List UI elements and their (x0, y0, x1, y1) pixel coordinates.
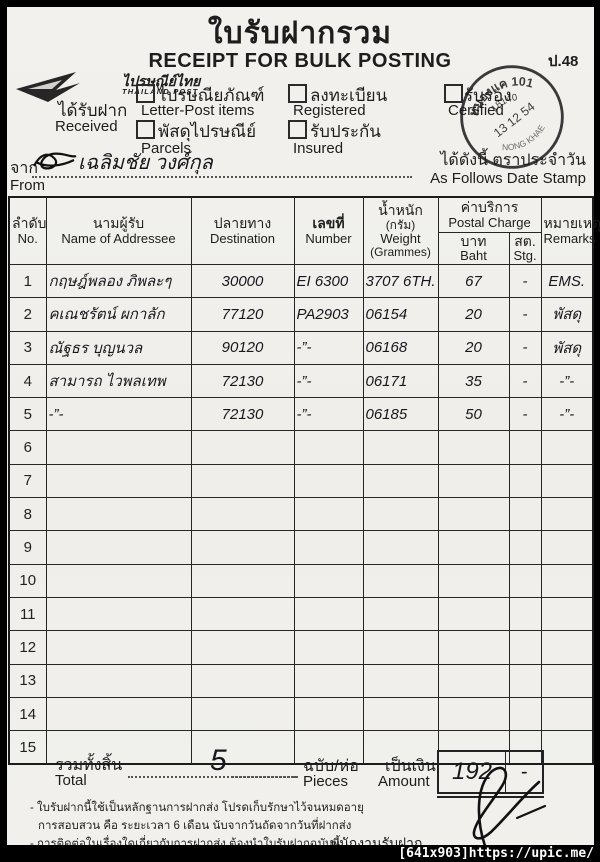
cell-remarks: EMS. (541, 265, 593, 298)
cell-number (294, 597, 363, 630)
cell-remarks (541, 498, 593, 531)
cell-name (46, 664, 191, 697)
column-header-weight: น้ำหนัก (กรัม) Weight (Grammes) (363, 197, 438, 265)
cell-destination: 90120 (191, 331, 294, 364)
cell-stg: - (509, 331, 541, 364)
cell-destination: 77120 (191, 298, 294, 331)
cell-remarks: -”- (541, 398, 593, 431)
col-number-thai: เลขที่ (297, 216, 361, 231)
cell-stg: - (509, 364, 541, 397)
from-label-english: From (10, 177, 45, 194)
cell-remarks (541, 564, 593, 597)
cell-destination: 72130 (191, 398, 294, 431)
cell-remarks: พัสดุ (541, 298, 593, 331)
cell-weight (363, 664, 438, 697)
cell-no: 11 (9, 597, 46, 630)
cell-baht (438, 531, 509, 564)
column-header-number: เลขที่ Number (294, 197, 363, 265)
cell-stg (509, 597, 541, 630)
cell-weight (363, 464, 438, 497)
cell-stg (509, 431, 541, 464)
cell-baht: 50 (438, 398, 509, 431)
cell-no: 7 (9, 464, 46, 497)
cell-weight (363, 564, 438, 597)
cell-baht (438, 431, 509, 464)
cell-name (46, 464, 191, 497)
col-stg-english: Stg. (512, 249, 539, 263)
cell-stg (509, 531, 541, 564)
table-row: 2คเณชรัตน์ ผกาลัก77120PA29030615420-พัสด… (9, 298, 593, 331)
cell-no: 12 (9, 631, 46, 664)
table-row: 14 (9, 697, 593, 730)
column-header-no: ลำดับ No. (9, 197, 46, 265)
cell-remarks (541, 664, 593, 697)
cell-stg: - (509, 298, 541, 331)
column-header-baht: บาท Baht (438, 233, 509, 265)
table-row: 5-”-72130-”-0618550--”- (9, 398, 593, 431)
cell-number: EI 6300 (294, 265, 363, 298)
cell-destination (191, 498, 294, 531)
cell-baht (438, 631, 509, 664)
cell-baht (438, 564, 509, 597)
cell-stg (509, 697, 541, 730)
column-header-name: นามผู้รับ Name of Addressee (46, 197, 191, 265)
amount-label-english: Amount (378, 773, 430, 790)
form-title-english: RECEIPT FOR BULK POSTING (100, 50, 500, 73)
col-weight-thai2: (กรัม) (366, 219, 436, 232)
checkbox-letter-post[interactable] (136, 84, 155, 103)
received-label-english: Received (55, 118, 118, 135)
cell-destination: 72130 (191, 364, 294, 397)
cell-baht: 20 (438, 331, 509, 364)
cell-no: 14 (9, 697, 46, 730)
cell-baht: 20 (438, 298, 509, 331)
cell-no: 2 (9, 298, 46, 331)
cell-stg (509, 664, 541, 697)
column-header-destination: ปลายทาง Destination (191, 197, 294, 265)
cell-name (46, 697, 191, 730)
col-no-english: No. (12, 232, 44, 246)
cell-number (294, 464, 363, 497)
cell-no: 15 (9, 731, 46, 765)
from-value-handwriting: เฉลิมชัย วงศ์กุล (78, 146, 213, 178)
cell-no: 8 (9, 498, 46, 531)
cell-number (294, 531, 363, 564)
cell-destination (191, 564, 294, 597)
checkbox-registered-label-english: Registered (293, 102, 366, 119)
cell-name: สามารถ ไวพลเทพ (46, 364, 191, 397)
cell-destination (191, 597, 294, 630)
cell-name (46, 631, 191, 664)
col-charge-thai: ค่าบริการ (441, 200, 539, 215)
col-baht-thai: บาท (441, 234, 507, 249)
cell-number (294, 631, 363, 664)
cell-stg (509, 498, 541, 531)
footer-note-1: - ใบรับฝากนี้ใช้เป็นหลักฐานการฝากส่ง โปร… (30, 799, 430, 817)
from-scribble (32, 150, 78, 174)
col-number-english: Number (297, 232, 361, 246)
cell-weight: 06171 (363, 364, 438, 397)
cell-baht (438, 464, 509, 497)
column-header-remarks: หมายเหตุ Remarks (541, 197, 593, 265)
col-destination-thai: ปลายทาง (194, 216, 292, 231)
cell-no: 10 (9, 564, 46, 597)
cell-stg: - (509, 398, 541, 431)
pieces-label-english: Pieces (303, 773, 348, 790)
scanned-receipt: ใบรับฝากรวม RECEIPT FOR BULK POSTING ป.4… (0, 0, 600, 862)
watermark-band: [641x903]https://upic.me/ (0, 845, 600, 862)
total-label-english: Total (55, 772, 87, 789)
cell-number (294, 564, 363, 597)
col-name-thai: นามผู้รับ (49, 216, 189, 231)
checkbox-registered[interactable] (288, 84, 307, 103)
cell-name: -”- (46, 398, 191, 431)
cell-weight (363, 697, 438, 730)
cell-number: -”- (294, 398, 363, 431)
table-row: 9 (9, 531, 593, 564)
table-row: 7 (9, 464, 593, 497)
col-no-thai: ลำดับ (12, 216, 44, 231)
cell-destination: 30000 (191, 265, 294, 298)
cell-baht (438, 597, 509, 630)
col-stg-thai: สต. (512, 234, 539, 249)
cell-no: 5 (9, 398, 46, 431)
col-weight-english2: (Grammes) (366, 246, 436, 259)
cell-remarks (541, 531, 593, 564)
total-pieces-handwriting: 5 (210, 744, 227, 778)
cell-weight (363, 631, 438, 664)
cell-number (294, 431, 363, 464)
cell-name (46, 531, 191, 564)
cell-destination (191, 431, 294, 464)
cell-stg (509, 464, 541, 497)
cell-name (46, 431, 191, 464)
cell-no: 6 (9, 431, 46, 464)
cell-weight (363, 431, 438, 464)
checkbox-parcels[interactable] (136, 120, 155, 139)
cell-name: กฤษฎ์พลอง ภิพละๆ (46, 265, 191, 298)
table-row: 11 (9, 597, 593, 630)
cell-number (294, 697, 363, 730)
column-header-postal-charge: ค่าบริการ Postal Charge (438, 197, 541, 233)
cell-baht: 67 (438, 265, 509, 298)
cell-weight: 06154 (363, 298, 438, 331)
table-row: 12 (9, 631, 593, 664)
cell-weight (363, 498, 438, 531)
col-charge-english: Postal Charge (441, 216, 539, 230)
cell-no: 4 (9, 364, 46, 397)
col-name-english: Name of Addressee (49, 232, 189, 246)
cell-destination (191, 631, 294, 664)
col-weight-thai: น้ำหนัก (366, 203, 436, 218)
cell-name (46, 564, 191, 597)
table-row: 3ณัฐธร บุญนวล90120-”-0616820-พัสดุ (9, 331, 593, 364)
cell-remarks (541, 597, 593, 630)
checkbox-insured[interactable] (288, 120, 307, 139)
cell-name: ณัฐธร บุญนวล (46, 331, 191, 364)
cell-no: 1 (9, 265, 46, 298)
cell-number (294, 498, 363, 531)
cell-weight (363, 597, 438, 630)
cell-baht (438, 664, 509, 697)
checkbox-letter-post-label-english: Letter-Post items (141, 102, 254, 119)
cell-number: -”- (294, 364, 363, 397)
cell-stg (509, 564, 541, 597)
cell-remarks: -”- (541, 364, 593, 397)
col-baht-english: Baht (441, 249, 507, 263)
cell-remarks (541, 431, 593, 464)
cell-baht: 35 (438, 364, 509, 397)
col-destination-english: Destination (194, 232, 292, 246)
cell-baht (438, 498, 509, 531)
cell-number: -”- (294, 331, 363, 364)
col-remarks-thai: หมายเหตุ (544, 216, 591, 231)
table-row: 8 (9, 498, 593, 531)
officer-signature (445, 762, 560, 848)
col-remarks-english: Remarks (544, 232, 591, 246)
table-row: 10 (9, 564, 593, 597)
cell-destination (191, 697, 294, 730)
cell-weight: 06168 (363, 331, 438, 364)
cell-destination (191, 664, 294, 697)
cell-stg (509, 631, 541, 664)
cell-weight: 3707 6TH. (363, 265, 438, 298)
table-row: 6 (9, 431, 593, 464)
table-row: 1กฤษฎ์พลอง ภิพละๆ30000EI 63003707 6TH.67… (9, 265, 593, 298)
table-row: 13 (9, 664, 593, 697)
cell-name (46, 498, 191, 531)
checkbox-insured-label-english: Insured (293, 140, 343, 157)
cell-baht (438, 697, 509, 730)
total-dotted-line2 (232, 758, 298, 778)
cell-remarks (541, 464, 593, 497)
cell-weight (363, 531, 438, 564)
cell-no: 13 (9, 664, 46, 697)
cell-weight: 06185 (363, 398, 438, 431)
cell-remarks (541, 697, 593, 730)
cell-remarks (541, 731, 593, 765)
cell-number: PA2903 (294, 298, 363, 331)
cell-remarks (541, 631, 593, 664)
cell-remarks: พัสดุ (541, 331, 593, 364)
col-weight-english: Weight (366, 232, 436, 246)
cell-number (294, 664, 363, 697)
form-code: ป.48 (548, 49, 578, 73)
cell-no: 3 (9, 331, 46, 364)
cell-name (46, 597, 191, 630)
bulk-posting-table: ลำดับ No. นามผู้รับ Name of Addressee ปล… (8, 196, 594, 765)
cell-no: 9 (9, 531, 46, 564)
watermark-text: [641x903]https://upic.me/ (398, 846, 594, 861)
cell-destination (191, 464, 294, 497)
cell-destination (191, 531, 294, 564)
cell-name: คเณชรัตน์ ผกาลัก (46, 298, 191, 331)
table-row: 4สามารถ ไวพลเทพ72130-”-0617135--”- (9, 364, 593, 397)
column-header-stg: สต. Stg. (509, 233, 541, 265)
cell-stg: - (509, 265, 541, 298)
